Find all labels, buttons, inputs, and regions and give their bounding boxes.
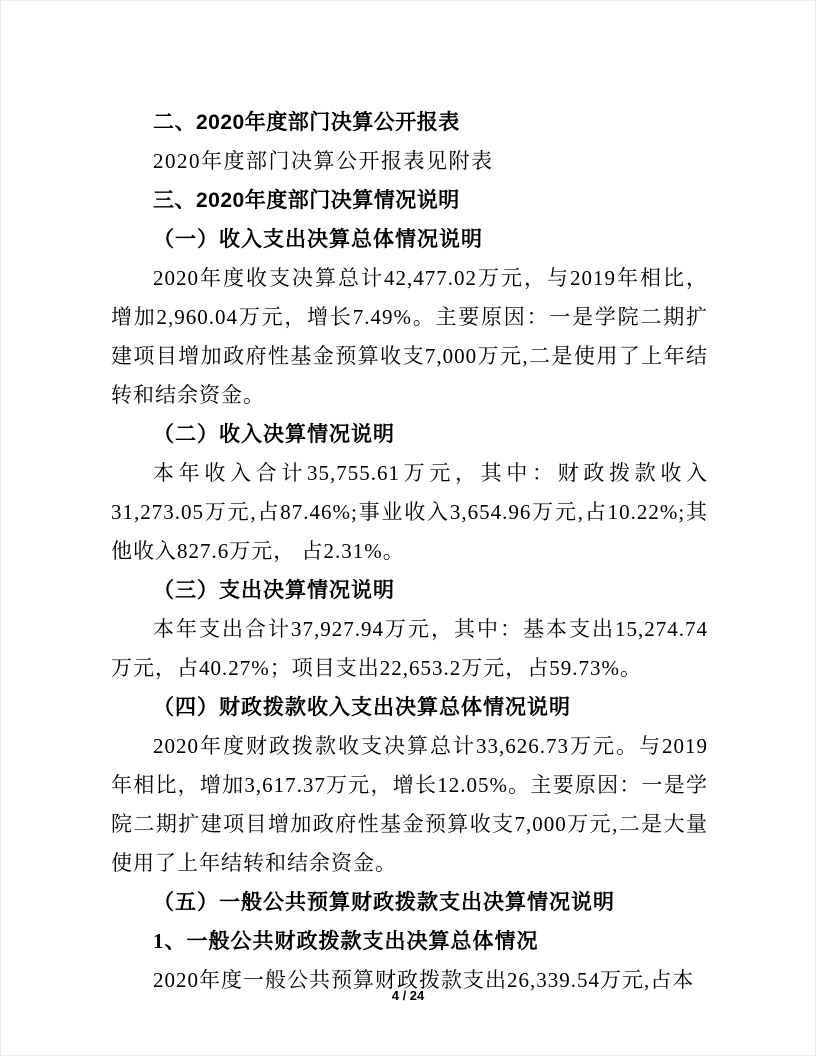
subsection-heading-4: （四）财政拨款收入支出决算总体情况说明 <box>111 688 708 727</box>
subsection-heading-3: （三）支出决算情况说明 <box>111 571 708 610</box>
subsection-heading-1: （一）收入支出决算总体情况说明 <box>111 220 708 259</box>
subsection-heading-5: （五）一般公共预算财政拨款支出决算情况说明 <box>111 883 708 922</box>
section-heading-3: 三、2020年度部门决算情况说明 <box>111 181 708 220</box>
footer-page-number: 4 / 24 <box>1 988 815 1003</box>
subsection-heading-2: （二）收入决算情况说明 <box>111 415 708 454</box>
document-content: 二、2020年度部门决算公开报表 2020年度部门决算公开报表见附表 三、202… <box>111 103 708 1000</box>
report-table-note: 2020年度部门决算公开报表见附表 <box>111 142 708 181</box>
document-page: 二、2020年度部门决算公开报表 2020年度部门决算公开报表见附表 三、202… <box>0 0 816 1056</box>
numbered-subheading-1: 1、一般公共财政拨款支出决算总体情况 <box>111 922 708 961</box>
paragraph-overall-balance: 2020年度收支决算总计42,477.02万元，与2019年相比，增加2,960… <box>111 259 708 415</box>
paragraph-fiscal-appropriation: 2020年度财政拨款收支决算总计33,626.73万元。与2019年相比，增加3… <box>111 727 708 883</box>
paragraph-income: 本年收入合计35,755.61万元，其中：财政拨款收入31,273.05万元,占… <box>111 454 708 571</box>
section-heading-2: 二、2020年度部门决算公开报表 <box>111 103 708 142</box>
paragraph-expenditure: 本年支出合计37,927.94万元，其中：基本支出15,274.74万元，占40… <box>111 610 708 688</box>
